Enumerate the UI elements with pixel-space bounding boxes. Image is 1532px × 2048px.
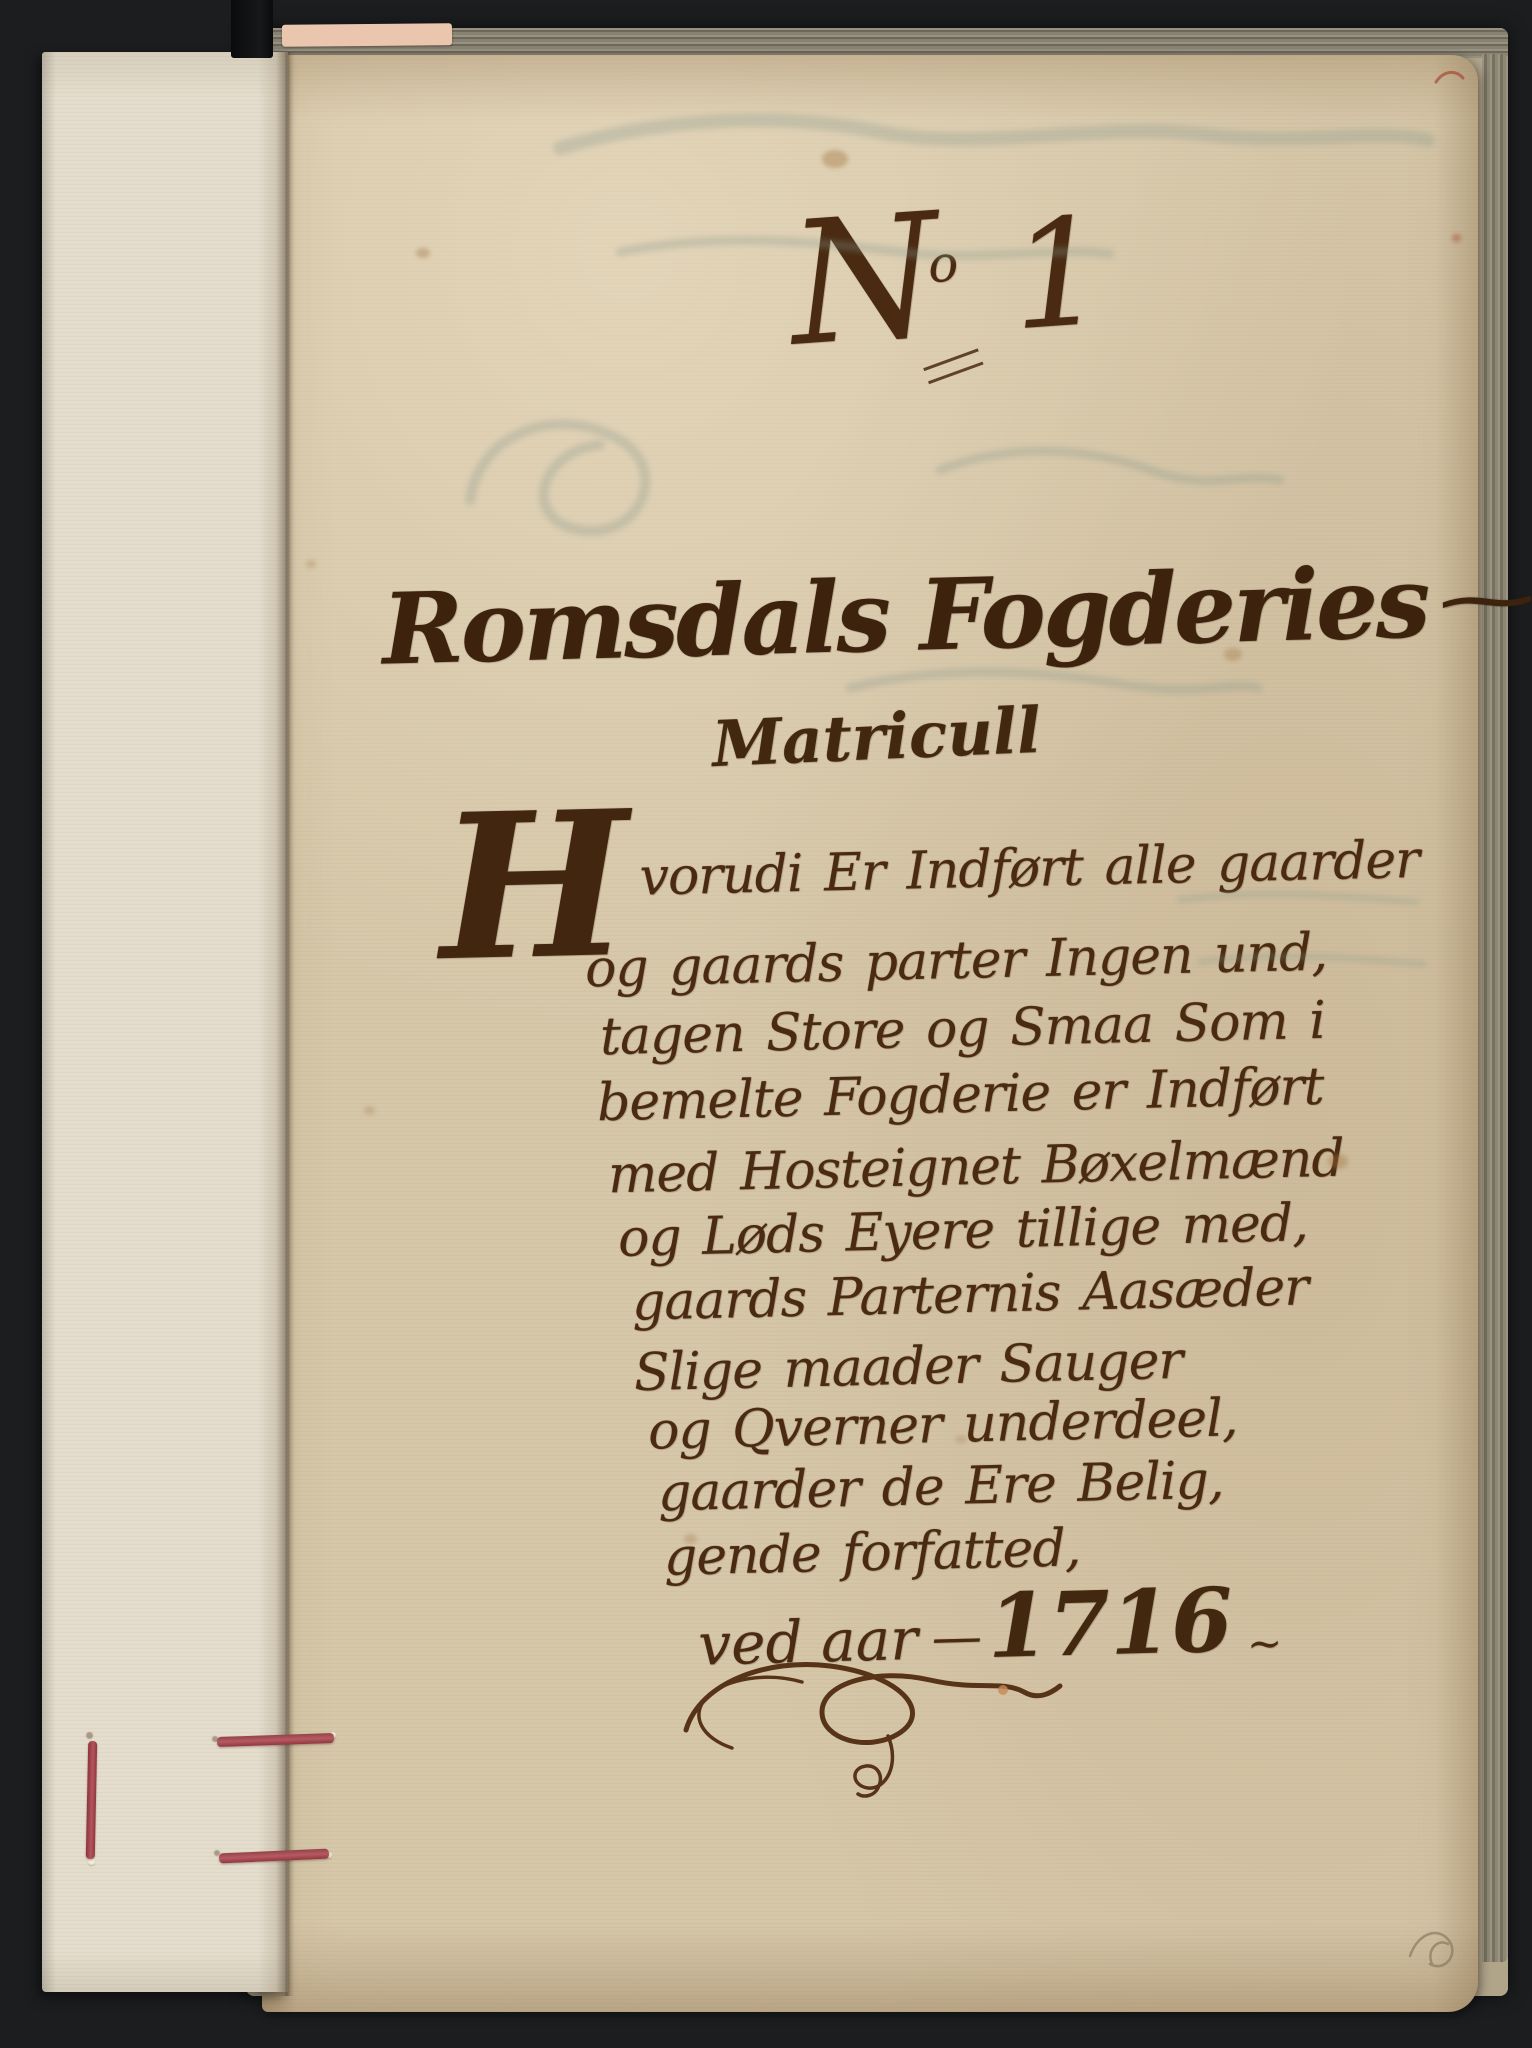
red-fiber xyxy=(1436,72,1463,82)
stitch-hole xyxy=(88,1858,95,1865)
pencil-scribble xyxy=(1410,1933,1452,1966)
stitch-hole xyxy=(86,1732,93,1739)
manuscript-scan: No1 Romsdals Fogderies~ Matricull Hvorud… xyxy=(0,0,1532,2048)
